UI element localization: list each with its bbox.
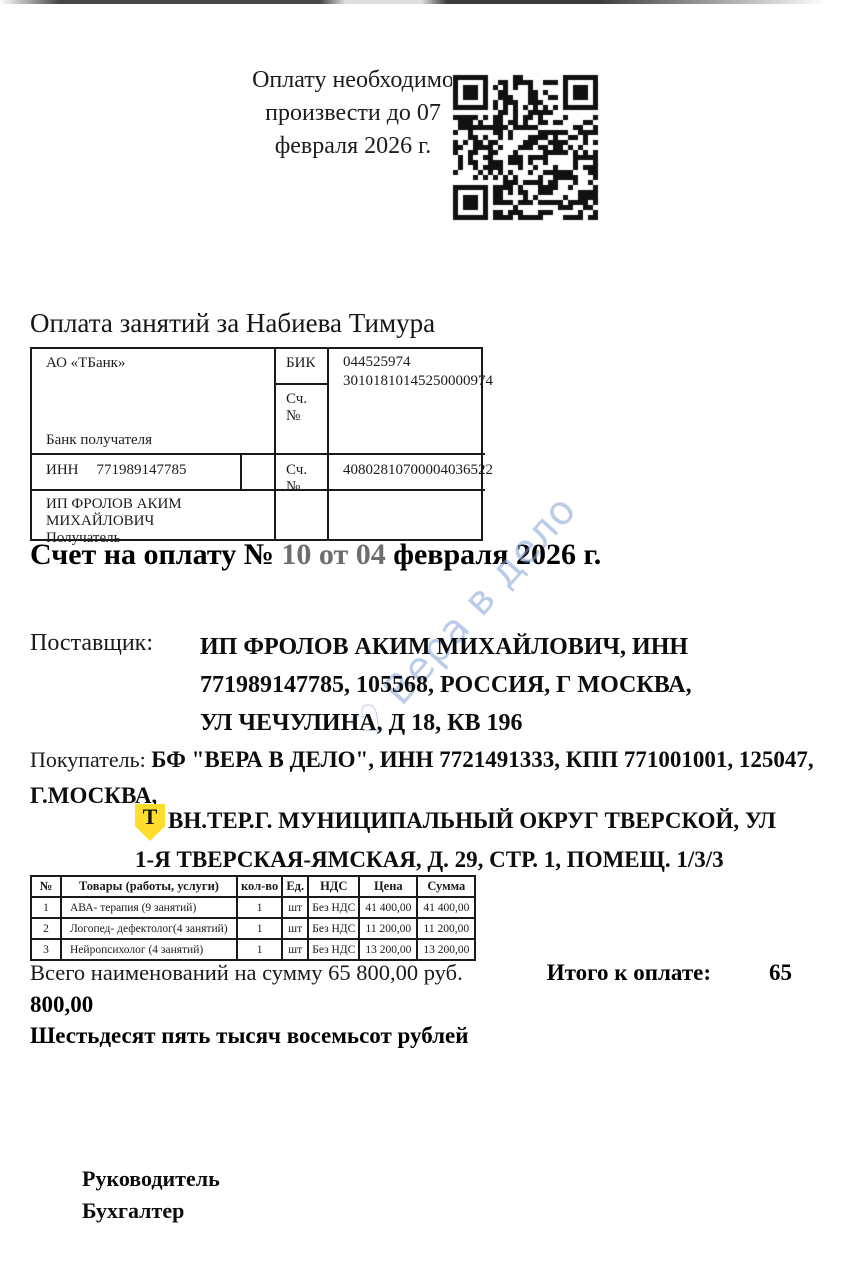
item-cell: 11 200,00 — [417, 918, 475, 939]
corr-account-value: 30101810145250000974 — [343, 372, 481, 391]
col-qty: кол-во — [237, 876, 282, 897]
recipient-name: ИП ФРОЛОВ АКИМ МИХАЙЛОВИЧ — [46, 496, 270, 530]
header-row: № Товары (работы, услуги) кол-во Ед. НДС… — [31, 876, 475, 897]
item-cell: Без НДС — [308, 897, 359, 918]
totals-line: Всего наименований на сумму 65 800,00 ру… — [30, 960, 792, 986]
total-due-label: Итого к оплате: — [547, 960, 711, 986]
invoice-document: Оплату необходимо произвести до 07 февра… — [0, 0, 843, 1280]
bank-name: АО «ТБанк» — [46, 355, 264, 372]
item-cell: Без НДС — [308, 918, 359, 939]
item-cell: 11 200,00 — [359, 918, 417, 939]
item-cell: шт — [282, 939, 308, 960]
inn-value: 771989147785 — [97, 462, 187, 478]
tbank-logo-letter: Т — [143, 804, 158, 841]
item-cell: 13 200,00 — [417, 939, 475, 960]
item-cell: 1 — [237, 918, 282, 939]
col-vat: НДС — [308, 876, 359, 897]
kpp-empty-cell — [240, 453, 274, 489]
item-cell: шт — [282, 897, 308, 918]
items-table: № Товары (работы, услуги) кол-во Ед. НДС… — [30, 875, 476, 961]
item-cell: 1 — [237, 897, 282, 918]
inn-label: ИНН — [46, 462, 79, 478]
total-due-value-part2: 800,00 — [30, 992, 93, 1018]
bik-label: БИК — [274, 349, 327, 385]
item-cell: 2 — [31, 918, 61, 939]
item-row: 3Нейропсихолог (4 занятий)1штБез НДС13 2… — [31, 939, 475, 960]
recipient-empty-value-cell — [327, 489, 485, 539]
item-row: 1АВА- терапия (9 занятий)1штБез НДС41 40… — [31, 897, 475, 918]
item-cell: Без НДС — [308, 939, 359, 960]
item-cell: Нейропсихолог (4 занятий) — [61, 939, 237, 960]
col-goods: Товары (работы, услуги) — [61, 876, 237, 897]
item-cell: 3 — [31, 939, 61, 960]
invoice-title-suffix: февраля 2026 г. — [393, 538, 601, 571]
items-table-header: № Товары (работы, услуги) кол-во Ед. НДС… — [31, 876, 475, 897]
buyer-address-line2: 1-Я ТВЕРСКАЯ-ЯМСКАЯ, Д. 29, СТР. 1, ПОМЕ… — [135, 843, 825, 877]
col-unit: Ед. — [282, 876, 308, 897]
recipient-cell: ИП ФРОЛОВ АКИМ МИХАЙЛОВИЧ Получатель — [32, 489, 274, 539]
bank-name-cell: АО «ТБанк» Банк получателя — [32, 349, 274, 453]
bank-details-table: АО «ТБанк» Банк получателя БИК 044525974… — [30, 347, 483, 541]
item-cell: Логопед- дефектолог(4 занятий) — [61, 918, 237, 939]
item-row: 2Логопед- дефектолог(4 занятий)1штБез НД… — [31, 918, 475, 939]
buyer-address-block: Т ВН.ТЕР.Г. МУНИЦИПАЛЬНЫЙ ОКРУГ ТВЕРСКОЙ… — [135, 804, 825, 877]
payment-subject-line: Оплата занятий за Набиева Тимура — [30, 308, 435, 339]
recipient-empty-label-cell — [274, 489, 327, 539]
tbank-logo-icon: Т — [135, 804, 165, 841]
invoice-title-prefix: Счет на оплату № — [30, 538, 281, 571]
item-cell: 41 400,00 — [417, 897, 475, 918]
invoice-number-date: 10 от 04 — [281, 538, 393, 571]
item-cell: 13 200,00 — [359, 939, 417, 960]
item-cell: 1 — [237, 939, 282, 960]
bik-value: 044525974 — [343, 353, 481, 372]
items-table-body: 1АВА- терапия (9 занятий)1штБез НДС41 40… — [31, 897, 475, 960]
buyer-address-line1-row: Т ВН.ТЕР.Г. МУНИЦИПАЛЬНЫЙ ОКРУГ ТВЕРСКОЙ… — [135, 804, 825, 841]
item-cell: АВА- терапия (9 занятий) — [61, 897, 237, 918]
supplier-value: ИП ФРОЛОВ АКИМ МИХАЙЛОВИЧ, ИНН 771989147… — [200, 628, 725, 742]
item-cell: шт — [282, 918, 308, 939]
buyer-label: Покупатель: — [30, 747, 151, 772]
amount-in-words: Шестьдесят пять тысяч восемьсот рублей — [30, 1023, 469, 1049]
item-cell: 41 400,00 — [359, 897, 417, 918]
qr-code-icon — [452, 74, 600, 222]
inn-cell: ИНН771989147785 — [32, 453, 240, 489]
total-due-value-part1: 65 — [769, 960, 792, 986]
col-price: Цена — [359, 876, 417, 897]
buyer-address-line1: ВН.ТЕР.Г. МУНИЦИПАЛЬНЫЙ ОКРУГ ТВЕРСКОЙ, … — [168, 804, 776, 838]
director-signature-label: Руководитель — [82, 1166, 220, 1192]
supplier-label: Поставщик: — [30, 630, 153, 657]
accountant-signature-label: Бухгалтер — [82, 1198, 184, 1224]
col-number: № — [31, 876, 61, 897]
totals-summary-text: Всего наименований на сумму 65 800,00 ру… — [30, 960, 463, 986]
bik-value-cell: 044525974 30101810145250000974 — [327, 349, 485, 453]
item-cell: 1 — [31, 897, 61, 918]
payment-deadline-note: Оплату необходимо произвести до 07 февра… — [246, 64, 460, 163]
account-label-2: Сч. № — [274, 453, 327, 489]
invoice-title: Счет на оплату № 10 от 04 февраля 2026 г… — [30, 538, 601, 572]
col-sum: Сумма — [417, 876, 475, 897]
account-label-1: Сч. № — [274, 385, 327, 453]
scan-edge-artifact — [0, 0, 843, 4]
bank-name-caption: Банк получателя — [46, 432, 264, 449]
payment-qr-code — [452, 74, 600, 222]
account-value: 40802810700004036522 — [327, 453, 485, 489]
